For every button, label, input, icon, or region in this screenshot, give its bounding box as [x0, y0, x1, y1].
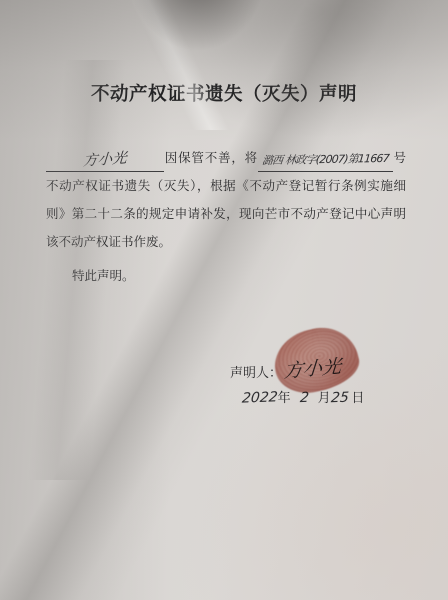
paper-crease-highlight [60, 0, 290, 130]
certificate-number-blank: 潞西 林政字(2007)第11667 [258, 150, 393, 172]
date-day-label: 日 [351, 390, 364, 405]
document-photo: 不动产权证书遗失（灭失）声明 方小光因保管不善，将潞西 林政字(2007)第11… [0, 0, 448, 600]
date-year-label: 年 [278, 390, 291, 405]
body-text-after-name: 因保管不善，将 [164, 151, 258, 165]
document-title: 不动产权证书遗失（灭失）声明 [0, 80, 448, 106]
closing-statement: 特此声明。 [46, 262, 406, 290]
date-month-handwritten: 2 [299, 390, 309, 406]
certificate-number-handwritten: 潞西 林政字(2007)第11667 [261, 149, 390, 171]
signature-row: 声明人：方小光 [230, 356, 341, 383]
date-day-handwritten: 25 [330, 390, 349, 407]
date-month-label: 月 [318, 390, 331, 405]
declarant-name-blank: 方小光 [46, 151, 164, 172]
unit-character: 号 [393, 151, 406, 165]
declarant-label: 声明人： [230, 365, 282, 380]
body-continuation: 不动产权证书遗失（灭失），根据《不动产登记暂行条例实施细则》第二十二条的规定申请… [46, 179, 406, 249]
date-row: 2022年2月25日 [242, 387, 364, 406]
declaration-body: 方小光因保管不善，将潞西 林政字(2007)第11667号不动产权证书遗失（灭失… [46, 144, 406, 256]
declarant-signature-handwritten: 方小光 [283, 352, 342, 384]
date-year-handwritten: 2022 [241, 389, 278, 406]
declarant-name-handwritten: 方小光 [82, 149, 127, 172]
